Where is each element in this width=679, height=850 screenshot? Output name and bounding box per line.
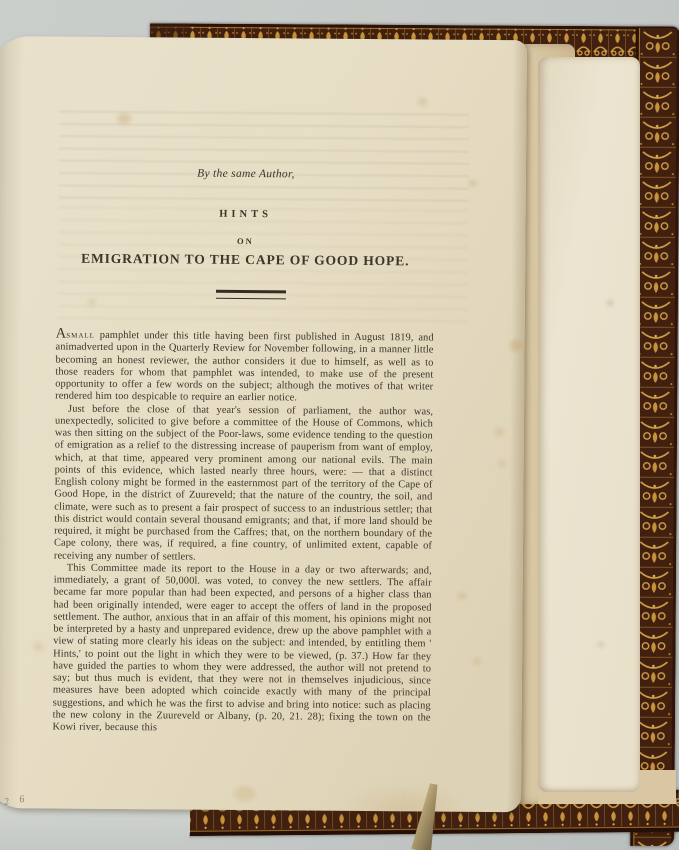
lead-capital: A xyxy=(56,326,67,342)
foxing-spot xyxy=(495,428,504,436)
foxing-spot xyxy=(473,658,481,665)
foxing-spot xyxy=(458,592,467,600)
paragraph-3: This Committee made its report to the Ho… xyxy=(53,562,432,736)
foxing-spot xyxy=(417,97,427,106)
foxing-spot xyxy=(469,180,477,187)
page-title: EMIGRATION TO THE CAPE OF GOOD HOPE. xyxy=(56,251,434,270)
lead-smallcaps: small xyxy=(66,330,95,341)
stain xyxy=(339,781,469,812)
paragraph-1: Asmall pamphlet under this title having … xyxy=(55,329,434,406)
foxing-spot xyxy=(499,460,506,467)
book-page: By the same Author, HINTS ON EMIGRATION … xyxy=(0,36,527,812)
foxing-spot xyxy=(33,642,43,651)
foxing-spot xyxy=(234,786,256,801)
double-rule xyxy=(216,290,286,300)
paragraph-2: Just before the close of that year's ses… xyxy=(54,403,433,565)
flyleaf-page xyxy=(538,57,640,792)
book-photograph: By the same Author, HINTS ON EMIGRATION … xyxy=(0,0,679,850)
gutter-shadow xyxy=(0,36,24,808)
show-through-text xyxy=(59,111,470,202)
paragraph-1-text: pamphlet under this title having been fi… xyxy=(55,330,434,404)
body-text: Asmall pamphlet under this title having … xyxy=(53,329,434,737)
under-page-edge xyxy=(0,804,190,850)
